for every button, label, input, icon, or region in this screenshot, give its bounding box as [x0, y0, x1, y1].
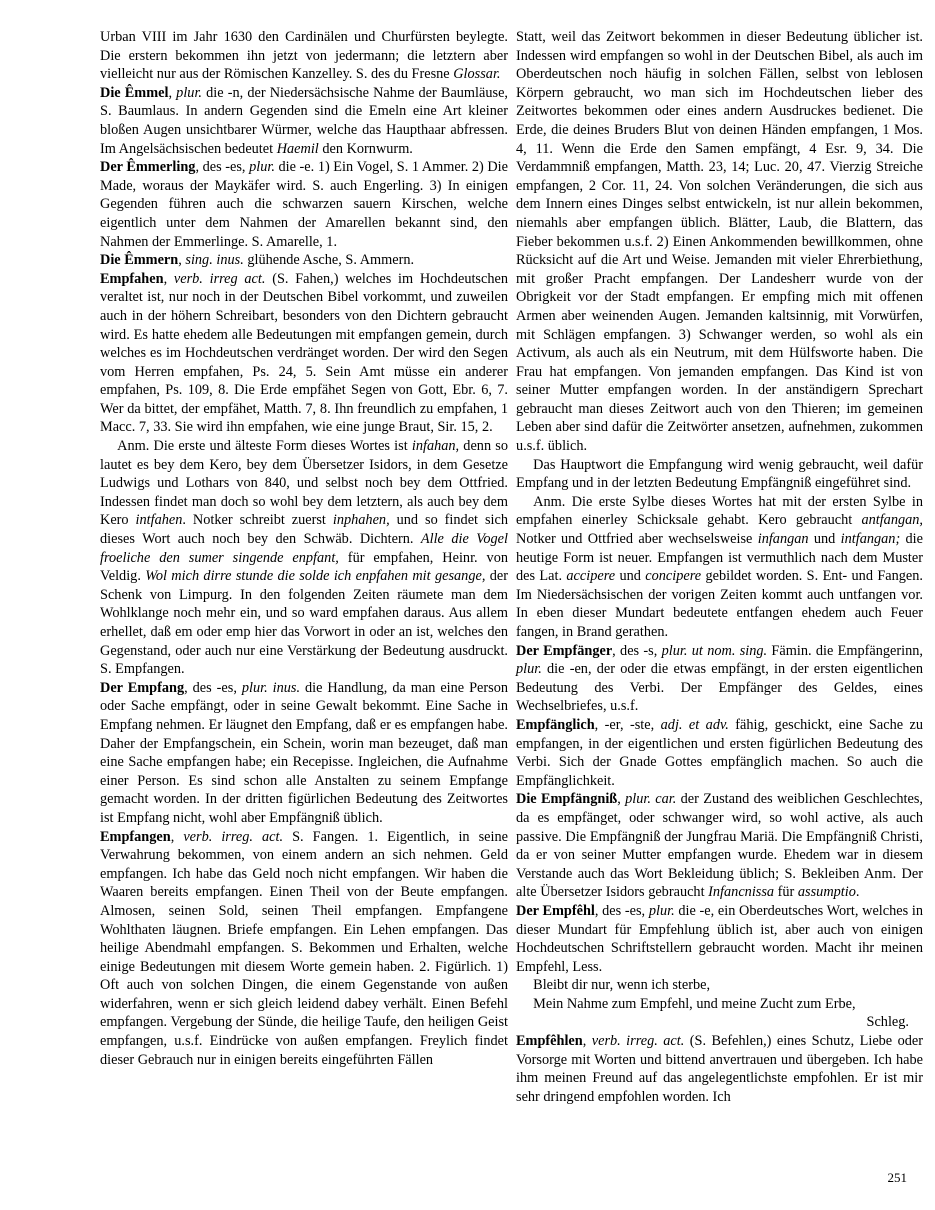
body-text: Statt, weil das Zeitwort bekommen in die… [516, 29, 923, 454]
italic-term: Glossar. [453, 66, 500, 82]
italic-term: infahan, [412, 438, 459, 454]
italic-term: antfangan, [861, 512, 923, 528]
body-text: Fämin. die Empfängerinn, [767, 643, 923, 659]
italic-term: intfahen [136, 512, 183, 528]
paragraph: Die Êmmern, sing. inus. glühende Asche, … [100, 251, 508, 270]
paragraph: Empfangen, verb. irreg. act. S. Fangen. … [100, 828, 508, 1070]
headword: Der Êmmerling [100, 159, 195, 175]
italic-term: infangan [758, 531, 809, 547]
body-text: Schleg. [867, 1014, 910, 1030]
body-text: Urban VIII im Jahr 1630 den Cardinälen u… [100, 29, 508, 82]
italic-term: inphahen, [333, 512, 390, 528]
italic-term: verb. irreg. act. [183, 829, 283, 845]
italic-term: intfangan; [841, 531, 901, 547]
headword: Empfangen [100, 829, 171, 845]
paragraph: Der Êmmerling, des -es, plur. die -e. 1)… [100, 158, 508, 251]
italic-term: verb. irreg act. [174, 271, 266, 287]
paragraph: Statt, weil das Zeitwort bekommen in die… [516, 28, 923, 456]
page-number: 251 [888, 1170, 908, 1185]
body-text: die -en, der oder die etwas empfängt, in… [516, 661, 923, 714]
paragraph: Anm. Die erste Sylbe dieses Wortes hat m… [516, 493, 923, 642]
headword: Die Êmmern [100, 252, 178, 268]
body-text: S. Fangen. 1. Eigentlich, in seine Verwa… [100, 829, 508, 1068]
paragraph: Anm. Die erste und älteste Form dieses W… [100, 437, 508, 679]
body-text: , des -es, [195, 159, 249, 175]
body-text: , des -s, [612, 643, 661, 659]
headword: Empfahen [100, 271, 164, 287]
italic-term: assumptio [798, 884, 856, 900]
body-text: für [774, 884, 798, 900]
body-text: Bleibt dir nur, wenn ich sterbe, [533, 977, 710, 993]
headword: Der Empfêhl [516, 903, 595, 919]
paragraph: Empfahen, verb. irreg act. (S. Fahen,) w… [100, 270, 508, 437]
body-text: , [164, 271, 174, 287]
body-text: (S. Fahen,) welches im Hochdeutschen ver… [100, 271, 508, 436]
body-text: Notker und Ottfried aber wechselsweise [516, 531, 758, 547]
paragraph: Bleibt dir nur, wenn ich sterbe, [516, 976, 923, 995]
headword: Empfänglich [516, 717, 595, 733]
paragraph: Empfêhlen, verb. irreg. act. (S. Befehle… [516, 1032, 923, 1106]
headword: Der Empfänger [516, 643, 612, 659]
body-text: Das Hauptwort die Empfangung wird wenig … [516, 457, 923, 492]
italic-term: sing. inus. [185, 252, 243, 268]
paragraph: Urban VIII im Jahr 1630 den Cardinälen u… [100, 28, 508, 84]
body-text: , des -es, [184, 680, 242, 696]
paragraph: Die Êmmel, plur. die -n, der Niedersächs… [100, 84, 508, 158]
italic-term: Wol mich dirre stunde die solde ich enpf… [145, 568, 485, 584]
italic-term: concipere [645, 568, 701, 584]
italic-term: verb. irreg. act. [592, 1033, 685, 1049]
body-text: und [809, 531, 841, 547]
body-text: den Kornwurm. [319, 141, 413, 157]
paragraph: Die Empfängniß, plur. car. der Zustand d… [516, 790, 923, 902]
headword: Die Êmmel [100, 85, 168, 101]
italic-term: plur. [516, 661, 542, 677]
paragraph: Der Empfêhl, des -es, plur. die -e, ein … [516, 902, 923, 976]
body-text: , [617, 791, 625, 807]
body-text: und [615, 568, 645, 584]
headword: Die Empfängniß [516, 791, 617, 807]
italic-term: adj. et adv. [661, 717, 729, 733]
headword: Empfêhlen [516, 1033, 583, 1049]
body-text: glühende Asche, S. Ammern. [244, 252, 414, 268]
body-text: die Handlung, da man eine Person oder Sa… [100, 680, 508, 826]
left-column: Urban VIII im Jahr 1630 den Cardinälen u… [100, 28, 508, 1069]
headword: Der Empfang [100, 680, 184, 696]
body-text: , des -es, [595, 903, 649, 919]
italic-term: plur. inus. [242, 680, 300, 696]
italic-term: plur. car. [625, 791, 676, 807]
body-text: . [856, 884, 860, 900]
body-text: , [168, 85, 176, 101]
body-text: der Schenk von Limpurg. In den folgenden… [100, 568, 508, 677]
body-text: , [583, 1033, 592, 1049]
paragraph: Der Empfang, des -es, plur. inus. die Ha… [100, 679, 508, 828]
body-text: , [171, 829, 184, 845]
body-text: Mein Nahme zum Empfehl, und meine Zucht … [533, 996, 855, 1012]
right-column: Statt, weil das Zeitwort bekommen in die… [516, 28, 923, 1106]
italic-term: plur. [249, 159, 275, 175]
paragraph: Das Hauptwort die Empfangung wird wenig … [516, 456, 923, 493]
italic-term: Haemil [277, 141, 319, 157]
body-text: . Notker schreibt zuerst [182, 512, 332, 528]
italic-term: accipere [566, 568, 615, 584]
paragraph: Schleg. [516, 1013, 923, 1032]
paragraph: Mein Nahme zum Empfehl, und meine Zucht … [516, 995, 923, 1014]
italic-term: plur. [649, 903, 675, 919]
paragraph: Empfänglich, -er, -ste, adj. et adv. fäh… [516, 716, 923, 790]
italic-term: plur. [176, 85, 202, 101]
body-text: , -er, -ste, [595, 717, 661, 733]
italic-term: plur. ut nom. sing. [662, 643, 767, 659]
document-page: Urban VIII im Jahr 1630 den Cardinälen u… [0, 0, 935, 1210]
body-text: Anm. Die erste und älteste Form dieses W… [117, 438, 412, 454]
italic-term: Infancnissa [708, 884, 774, 900]
paragraph: Der Empfänger, des -s, plur. ut nom. sin… [516, 642, 923, 716]
